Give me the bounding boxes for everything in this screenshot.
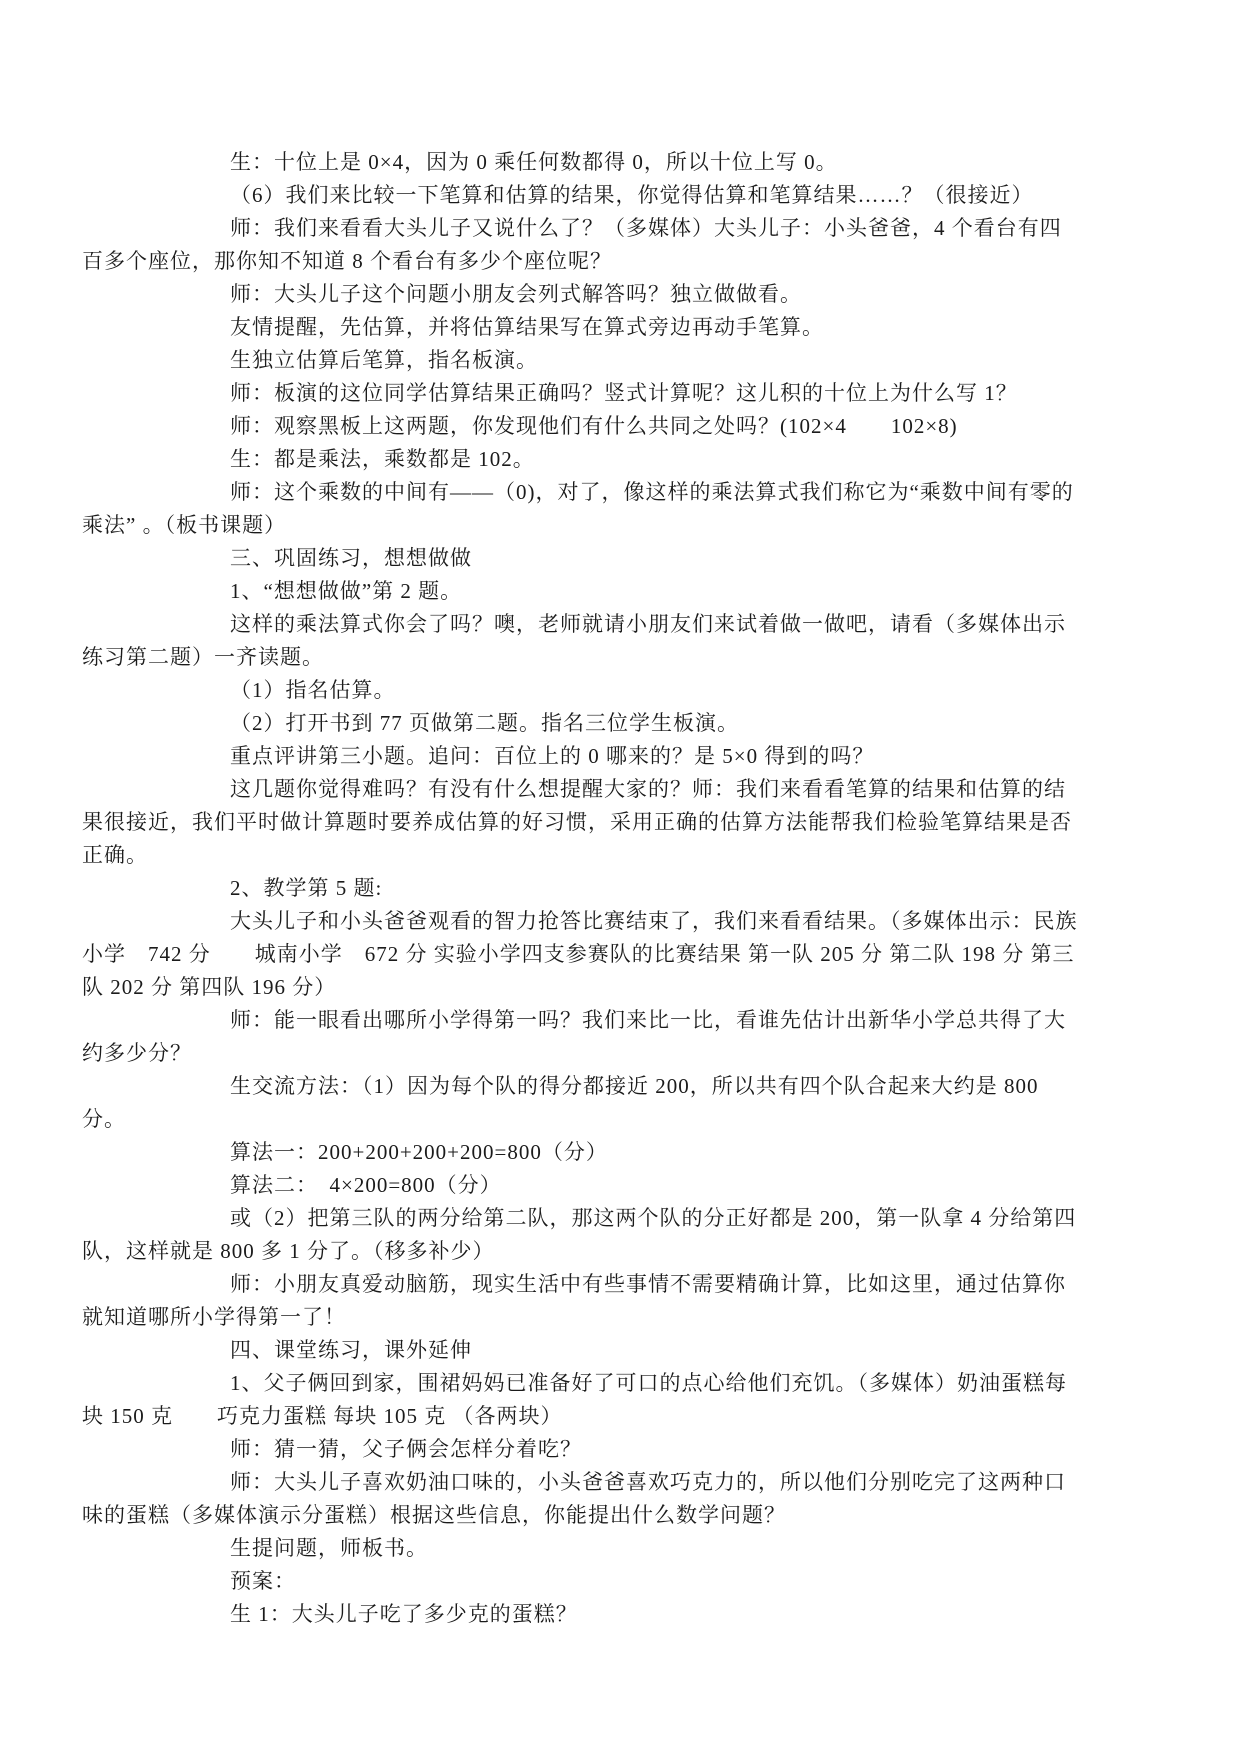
document-body: 生：十位上是 0×4，因为 0 乘任何数都得 0，所以十位上写 0。（6）我们来… xyxy=(82,146,1083,1631)
paragraph: 预案： xyxy=(82,1565,1083,1598)
paragraph: 师：板演的这位同学估算结果正确吗？竖式计算呢？这儿积的十位上为什么写 1？ xyxy=(82,377,1083,410)
paragraph: 生提问题，师板书。 xyxy=(82,1532,1083,1565)
paragraph: 师：小朋友真爱动脑筋，现实生活中有些事情不需要精确计算，比如这里，通过估算你就知… xyxy=(82,1268,1083,1334)
paragraph: 师：能一眼看出哪所小学得第一吗？我们来比一比，看谁先估计出新华小学总共得了大约多… xyxy=(82,1004,1083,1070)
paragraph: 生独立估算后笔算，指名板演。 xyxy=(82,344,1083,377)
paragraph: 1、“想想做做”第 2 题。 xyxy=(82,575,1083,608)
paragraph: （2）打开书到 77 页做第二题。指名三位学生板演。 xyxy=(82,707,1083,740)
paragraph: 算法二： 4×200=800（分） xyxy=(82,1169,1083,1202)
paragraph: 师：大头儿子这个问题小朋友会列式解答吗？独立做做看。 xyxy=(82,278,1083,311)
paragraph: 这样的乘法算式你会了吗？噢，老师就请小朋友们来试着做一做吧，请看（多媒体出示练习… xyxy=(82,608,1083,674)
paragraph: 2、教学第 5 题: xyxy=(82,872,1083,905)
paragraph: 生交流方法：（1）因为每个队的得分都接近 200，所以共有四个队合起来大约是 8… xyxy=(82,1070,1083,1136)
paragraph: 这几题你觉得难吗？有没有什么想提醒大家的？师：我们来看看笔算的结果和估算的结果很… xyxy=(82,773,1083,872)
document-page: 生：十位上是 0×4，因为 0 乘任何数都得 0，所以十位上写 0。（6）我们来… xyxy=(0,0,1241,1754)
paragraph: （6）我们来比较一下笔算和估算的结果，你觉得估算和笔算结果……？（很接近） xyxy=(82,179,1083,212)
paragraph: 师：观察黑板上这两题，你发现他们有什么共同之处吗？(102×4 102×8) xyxy=(82,410,1083,443)
paragraph: 师：这个乘数的中间有——（0)，对了，像这样的乘法算式我们称它为“乘数中间有零的… xyxy=(82,476,1083,542)
paragraph: 大头儿子和小头爸爸观看的智力抢答比赛结束了，我们来看看结果。（多媒体出示：民族小… xyxy=(82,905,1083,1004)
paragraph: 友情提醒，先估算，并将估算结果写在算式旁边再动手笔算。 xyxy=(82,311,1083,344)
paragraph: 重点评讲第三小题。追问：百位上的 0 哪来的？是 5×0 得到的吗？ xyxy=(82,740,1083,773)
paragraph: 生 1：大头儿子吃了多少克的蛋糕？ xyxy=(82,1598,1083,1631)
paragraph: 算法一：200+200+200+200=800（分） xyxy=(82,1136,1083,1169)
paragraph: 四、课堂练习，课外延伸 xyxy=(82,1334,1083,1367)
paragraph: 1、父子俩回到家，围裙妈妈已准备好了可口的点心给他们充饥。（多媒体）奶油蛋糕每块… xyxy=(82,1367,1083,1433)
paragraph: 师：猜一猜，父子俩会怎样分着吃？ xyxy=(82,1433,1083,1466)
paragraph: 或（2）把第三队的两分给第二队，那这两个队的分正好都是 200，第一队拿 4 分… xyxy=(82,1202,1083,1268)
paragraph: 生：都是乘法，乘数都是 102。 xyxy=(82,443,1083,476)
paragraph: 三、巩固练习，想想做做 xyxy=(82,542,1083,575)
paragraph: 师：我们来看看大头儿子又说什么了？（多媒体）大头儿子：小头爸爸，4 个看台有四百… xyxy=(82,212,1083,278)
paragraph: （1）指名估算。 xyxy=(82,674,1083,707)
paragraph: 生：十位上是 0×4，因为 0 乘任何数都得 0，所以十位上写 0。 xyxy=(82,146,1083,179)
paragraph: 师：大头儿子喜欢奶油口味的，小头爸爸喜欢巧克力的，所以他们分别吃完了这两种口味的… xyxy=(82,1466,1083,1532)
